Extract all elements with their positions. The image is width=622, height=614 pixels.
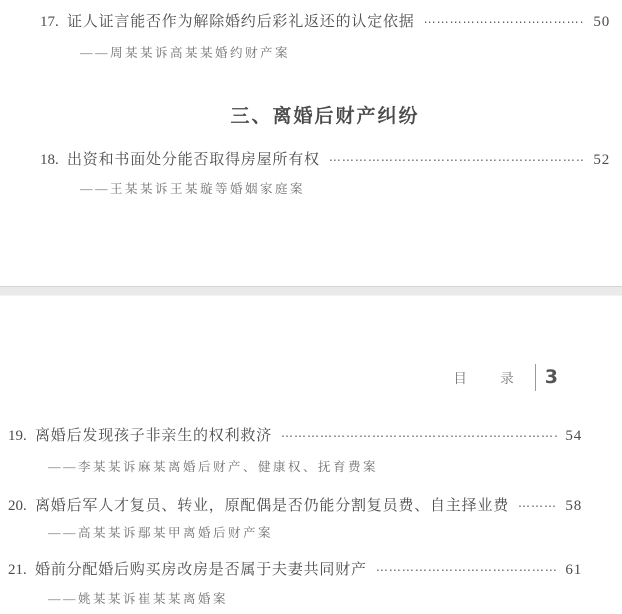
dot-leader: ⋯⋯⋯⋯⋯⋯⋯⋯⋯⋯⋯⋯⋯⋯⋯⋯⋯⋯⋯⋯⋯⋯⋯⋯⋯⋯⋯⋯⋯⋯⋯⋯⋯⋯⋯⋯⋯⋯⋯⋯…: [329, 148, 586, 172]
toc-entry-19: 19. 离婚后发现孩子非亲生的权利救济 ⋯⋯⋯⋯⋯⋯⋯⋯⋯⋯⋯⋯⋯⋯⋯⋯⋯⋯⋯⋯…: [8, 424, 582, 448]
entry-case-name: ——姚某某诉崔某某离婚案: [48, 590, 582, 608]
toc-entry-20: 20. 离婚后军人才复员、转业，原配偶是否仍能分割复员费、自主择业费 ⋯⋯⋯⋯⋯…: [8, 494, 582, 518]
header-divider-bar: [535, 364, 536, 391]
entry-number: 18.: [40, 148, 67, 172]
toc-page-top: 17. 证人证言能否作为解除婚约后彩礼返还的认定依据 ⋯⋯⋯⋯⋯⋯⋯⋯⋯⋯⋯⋯⋯…: [0, 10, 622, 198]
entry-number: 19.: [8, 424, 35, 448]
entry-page-number: 58: [565, 494, 582, 518]
toc-page-bottom: 19. 离婚后发现孩子非亲生的权利救济 ⋯⋯⋯⋯⋯⋯⋯⋯⋯⋯⋯⋯⋯⋯⋯⋯⋯⋯⋯⋯…: [0, 424, 622, 608]
entry-case-name: ——高某某诉鄢某甲离婚后财产案: [48, 524, 582, 542]
entry-case-name: ——李某某诉麻某离婚后财产、健康权、抚育费案: [48, 458, 582, 476]
section-heading: 三、离婚后财产纠纷: [40, 102, 610, 130]
dot-leader: ⋯⋯⋯⋯⋯⋯⋯⋯⋯⋯⋯⋯⋯⋯⋯⋯⋯⋯⋯⋯⋯⋯⋯⋯⋯⋯⋯⋯⋯⋯⋯⋯⋯⋯⋯⋯⋯⋯⋯⋯…: [376, 558, 558, 582]
entry-title: 出资和书面处分能否取得房屋所有权: [67, 148, 320, 172]
dot-leader: ⋯⋯⋯⋯⋯⋯⋯⋯⋯⋯⋯⋯⋯⋯⋯⋯⋯⋯⋯⋯⋯⋯⋯⋯⋯⋯⋯⋯⋯⋯⋯⋯⋯⋯⋯⋯⋯⋯⋯⋯…: [518, 494, 557, 518]
entry-page-number: 50: [593, 10, 610, 34]
running-header: 目 录 3: [453, 362, 558, 392]
entry-title: 婚前分配婚后购买房改房是否属于夫妻共同财产: [35, 558, 367, 582]
entry-page-number: 52: [593, 148, 610, 172]
entry-number: 20.: [8, 494, 35, 518]
toc-header-label: 目 录: [453, 367, 528, 387]
entry-title: 证人证言能否作为解除婚约后彩礼返还的认定依据: [67, 10, 415, 34]
entry-title: 离婚后发现孩子非亲生的权利救济: [35, 424, 272, 448]
entry-page-number: 54: [565, 424, 582, 448]
entry-number: 21.: [8, 558, 35, 582]
entry-case-name: ——王某某诉王某璇等婚姻家庭案: [80, 180, 610, 198]
folio-page-number: 3: [545, 366, 558, 388]
page-separator-band: [0, 286, 622, 296]
dot-leader: ⋯⋯⋯⋯⋯⋯⋯⋯⋯⋯⋯⋯⋯⋯⋯⋯⋯⋯⋯⋯⋯⋯⋯⋯⋯⋯⋯⋯⋯⋯⋯⋯⋯⋯⋯⋯⋯⋯⋯⋯…: [281, 424, 557, 448]
toc-entry-18: 18. 出资和书面处分能否取得房屋所有权 ⋯⋯⋯⋯⋯⋯⋯⋯⋯⋯⋯⋯⋯⋯⋯⋯⋯⋯⋯…: [40, 148, 610, 172]
dot-leader: ⋯⋯⋯⋯⋯⋯⋯⋯⋯⋯⋯⋯⋯⋯⋯⋯⋯⋯⋯⋯⋯⋯⋯⋯⋯⋯⋯⋯⋯⋯⋯⋯⋯⋯⋯⋯⋯⋯⋯⋯…: [424, 10, 586, 34]
toc-entry-17: 17. 证人证言能否作为解除婚约后彩礼返还的认定依据 ⋯⋯⋯⋯⋯⋯⋯⋯⋯⋯⋯⋯⋯…: [40, 10, 610, 34]
toc-entry-21: 21. 婚前分配婚后购买房改房是否属于夫妻共同财产 ⋯⋯⋯⋯⋯⋯⋯⋯⋯⋯⋯⋯⋯⋯…: [8, 558, 582, 582]
entry-page-number: 61: [565, 558, 582, 582]
entry-title: 离婚后军人才复员、转业，原配偶是否仍能分割复员费、自主择业费: [35, 494, 509, 518]
entry-case-name: ——周某某诉高某某婚约财产案: [80, 44, 610, 62]
entry-number: 17.: [40, 10, 67, 34]
